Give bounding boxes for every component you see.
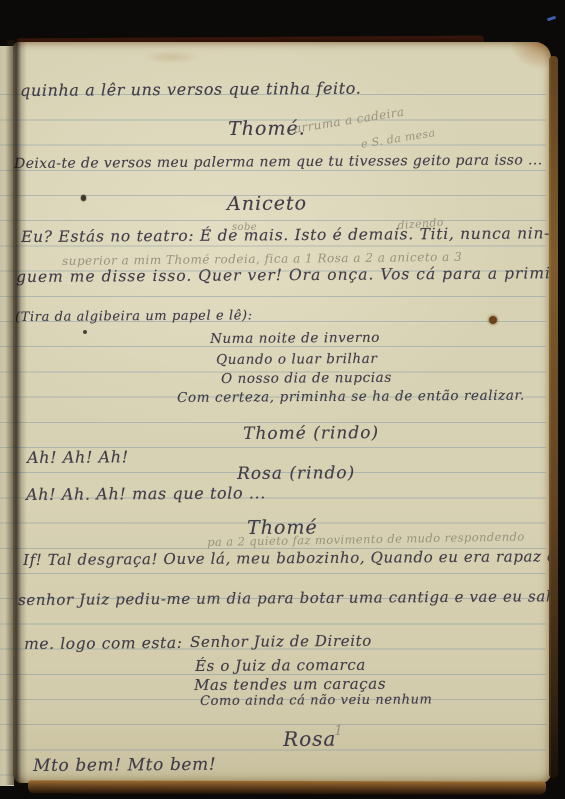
speaker-heading: Aniceto [227, 192, 307, 215]
manuscript-line: senhor Juiz pediu-me um dia para botar u… [18, 587, 551, 609]
manuscript-line: me. logo com esta: [24, 634, 183, 653]
verse-line: Com certeza, priminha se ha de então rea… [177, 388, 525, 406]
manuscript-line: If! Tal desgraça! Ouve lá, meu babozinho… [23, 547, 551, 569]
ink-blot [81, 195, 86, 201]
manuscript-line: Ah! Ah. Ah! mas que tolo ... [26, 483, 266, 504]
page-gutter-shadow [5, 40, 27, 785]
manuscript-line: Ah! Ah! Ah! [27, 447, 129, 467]
speaker-heading: Rosa (rindo) [237, 463, 355, 484]
verse-line: És o Juiz da comarca [195, 656, 366, 675]
page-stack-edge [28, 780, 546, 794]
stage-direction: (Tira da algibeira um papel e lê): [15, 308, 253, 325]
speaker-heading: Thomé (rindo) [243, 423, 379, 444]
verse-line: Quando o luar brilhar [216, 351, 377, 368]
verse-line: Mas tendes um caraças [194, 675, 386, 694]
verse-line: Senhor Juiz de Direito [190, 632, 372, 651]
foxing-stain [141, 50, 201, 64]
pencil-annotation: sobe [232, 222, 257, 233]
blue-fiber-speck [547, 16, 556, 22]
corner-stain [509, 42, 551, 70]
verse-line: Numa noite de inverno [210, 330, 380, 347]
verse-line: O nosso dia de nupcias [221, 370, 392, 387]
ink-stain [489, 316, 497, 324]
manuscript-line: Mto bem! Mto bem! [33, 755, 216, 776]
verse-line: Como ainda cá não veiu nenhum [200, 692, 433, 709]
manuscript-line: Eu? Estás no teatro: É de mais. Isto é d… [21, 224, 550, 246]
notebook-page: quinha a lêr uns versos que tinha feito.… [13, 42, 551, 783]
speaker-heading: Rosa [283, 727, 336, 751]
pencil-annotation: 1 [334, 723, 343, 739]
ink-blot [83, 330, 87, 334]
book-pages-edge [549, 56, 558, 778]
photo-background: quinha a lêr uns versos que tinha feito.… [0, 0, 565, 799]
manuscript-line: quinha a lêr uns versos que tinha feito. [20, 79, 361, 100]
